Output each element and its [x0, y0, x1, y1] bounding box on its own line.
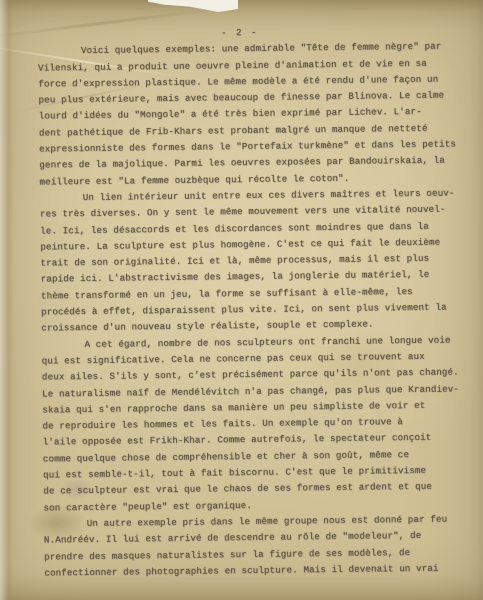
- paragraph: Un lien intérieur unit entre eux ces div…: [40, 185, 458, 337]
- paragraph: A cet égard, nombre de nos sculpteurs on…: [41, 332, 459, 516]
- paragraph: Voici quelques exemples: une admirable "…: [38, 39, 456, 191]
- scanned-typescript-page: - 2 - Voici quelques exemples: une admir…: [0, 0, 483, 600]
- paragraph: Un autre exemple pris dans le même group…: [44, 511, 461, 581]
- typewritten-text: - 2 - Voici quelques exemples: une admir…: [38, 22, 461, 581]
- paper-edge-shadow: [0, 0, 14, 600]
